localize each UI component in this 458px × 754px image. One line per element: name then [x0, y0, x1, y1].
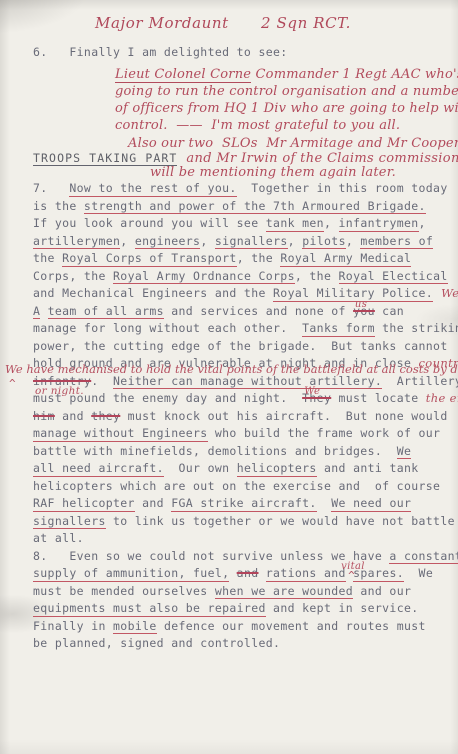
typed-text: 8. Even so we could not survive unless w… [33, 549, 389, 563]
typed-line: ^infantry. Neither can manage without ar… [33, 373, 458, 391]
handwritten-line: will be mentioning them again later. [150, 164, 458, 181]
typed-text [259, 566, 266, 580]
typed-line: Corps, the Royal Army Ordnance Corps, th… [33, 268, 458, 286]
typed-line: equipments must also be repaired and kep… [33, 600, 458, 618]
typed-text: , [324, 216, 339, 230]
scanned-document-page: Major Mordaunt 2 Sqn RCT.6. Finally I am… [0, 0, 458, 754]
typed-text: at all. [33, 531, 84, 545]
typed-text-red-underlined: Royal Corps of Transport [62, 251, 237, 267]
typed-text: 7. [33, 181, 69, 195]
handwritten-annotation-underlined: Lieut Colonel Corne [115, 67, 251, 83]
typed-text-red-underlined: supply of ammunition, fuel, [33, 566, 229, 582]
typed-text-red-underlined: helicopters [237, 461, 317, 477]
typed-line: and Mechanical Engineers and the Royal M… [33, 285, 458, 303]
typed-text-red-underlined: We [397, 444, 412, 460]
typed-text: Artillery [382, 374, 458, 388]
typed-line: the Royal Corps of Transport, the Royal … [33, 250, 458, 268]
typed-line: must pound the enemy day and night. They… [33, 390, 458, 408]
typed-line: 6. Finally I am delighted to see: [33, 44, 458, 62]
typed-line: 8. Even so we could not survive unless w… [33, 548, 458, 566]
typed-text-red-underlined: tank men [266, 216, 324, 232]
handwritten-annotation: We are [433, 286, 458, 300]
typed-text: , the [237, 251, 281, 265]
typed-text-red-underlined: a constant [389, 549, 458, 565]
typed-text-red-underlined: FGA strike aircraft. [171, 496, 316, 512]
typed-text-red-underlined: pilots [302, 234, 346, 250]
typed-text: Finally in [33, 619, 113, 633]
typed-text-red-underlined: rations and [266, 566, 346, 582]
typed-text-red-underlined: RAF helicopter [33, 496, 135, 512]
typed-text-red-underlined: Royal Electical [339, 269, 448, 285]
typed-text: , [288, 234, 303, 248]
typed-text: must locate [331, 391, 426, 405]
handwritten-annotation: of officers from HQ 1 Div who are going … [115, 101, 458, 116]
typed-text: , [419, 216, 426, 230]
typed-text-red-underlined: members of [360, 234, 433, 250]
typed-line: artillerymen, engineers, signallers, pil… [33, 233, 458, 251]
typed-text-red-underlined: signallers [215, 234, 288, 250]
typed-text-red-underlined: when we are wounded [215, 584, 353, 600]
handwritten-line: of officers from HQ 1 Div who are going … [115, 100, 458, 117]
typed-text: must be mended ourselves [33, 584, 215, 598]
typed-text-red-underlined: team of all arms [48, 304, 164, 320]
handwritten-annotation: Also our two SLOs Mr Armitage and Mr Coo… [128, 136, 458, 151]
typed-line: If you look around you will see tank men… [33, 215, 458, 233]
typed-text: power, the cutting edge of the brigade. … [33, 339, 448, 353]
typed-text: the striking [375, 321, 458, 335]
typed-text: can [375, 304, 404, 318]
typed-text-red-underlined: signallers [33, 514, 106, 530]
typed-text: , [200, 234, 215, 248]
typed-text-red-underlined: Tanks form [302, 321, 375, 337]
typed-text [317, 496, 332, 510]
typed-text-red-underlined: all need aircraft. [33, 461, 164, 477]
typed-text: and [135, 496, 171, 510]
typed-line: signallers to link us together or we wou… [33, 513, 458, 531]
typed-line: 7. Now to the rest of you. Together in t… [33, 180, 458, 198]
typed-line: is the strength and power of the 7th Arm… [33, 198, 458, 216]
typed-text-red-underlined: equipments must also be repaired [33, 601, 266, 617]
typed-text: is the [33, 199, 84, 213]
typed-text: defence our movement and routes must [157, 619, 426, 633]
typed-text-red-underlined: Neither can manage without artillery. [113, 374, 382, 390]
typed-text: to link us together or we would have not… [106, 514, 455, 528]
typed-text-red-underlined: spares. [353, 566, 404, 582]
typed-text-red-underlined: infantrymen [339, 216, 419, 232]
typed-text-red-struck: and [237, 566, 259, 580]
typed-text: Together in this room today [237, 181, 448, 195]
handwritten-line: control. —— I'm most grateful to you all… [115, 117, 458, 134]
typed-text: helicopters which are out on the exercis… [33, 479, 440, 493]
typed-text: , [120, 234, 135, 248]
typed-text: 6. Finally I am delighted to see: [33, 45, 288, 59]
typed-text-red-underlined: We need our [331, 496, 411, 512]
typed-line: battle with minefields, demolitions and … [33, 443, 458, 461]
typed-line: power, the cutting edge of the brigade. … [33, 338, 458, 356]
typed-text: must pound the enemy day and night. [33, 391, 302, 405]
typed-line: supply of ammunition, fuel, and rations … [33, 565, 458, 583]
typed-text: Our own [164, 461, 237, 475]
typed-text-red-underlined: Now to the rest of you. [69, 181, 236, 197]
typed-text: and [55, 409, 91, 423]
typed-text: the [33, 251, 62, 265]
typed-text: must knock out his aircraft. But none wo… [120, 409, 447, 423]
handwritten-line: Lieut Colonel Corne Commander 1 Regt AAC… [115, 66, 458, 83]
handwritten-annotation: Commander 1 Regt AAC who's [251, 67, 458, 82]
typed-text-red-underlined: mobile [113, 619, 157, 635]
handwritten-line: going to run the control organisation an… [115, 83, 458, 100]
typed-text: Corps, the [33, 269, 113, 283]
typed-line: manage without Engineers who build the f… [33, 425, 458, 443]
typed-text-red-struck: they [91, 409, 120, 423]
typed-text [229, 566, 236, 580]
typed-line: be planned, signed and controlled. [33, 635, 458, 653]
typed-text [40, 304, 47, 318]
typed-text: and Mechanical Engineers and the [33, 286, 273, 300]
typed-line: helicopters which are out on the exercis… [33, 478, 458, 496]
typed-text-red-underlined: Royal Military Police. [273, 286, 433, 302]
handwritten-annotation: will be mentioning them again later. [150, 165, 396, 180]
typed-line: RAF helicopter and FGA strike aircraft. … [33, 495, 458, 513]
typed-line: A team of all arms and services and none… [33, 303, 458, 321]
typed-text-red-underlined: engineers [135, 234, 200, 250]
handwritten-annotation: going to run the control organisation an… [115, 84, 458, 99]
typed-line: at all. [33, 530, 458, 548]
typed-text: We [404, 566, 433, 580]
typed-text: . [91, 374, 113, 388]
typed-text-red-underlined: Royal Army Medical [280, 251, 411, 267]
typed-text-red-underlined: artillerymen [33, 234, 120, 250]
handwritten-line: Major Mordaunt 2 Sqn RCT. [95, 12, 458, 34]
typed-text: and services and none of [164, 304, 353, 318]
typed-line: manage for long without each other. Tank… [33, 320, 458, 338]
typed-line: all need aircraft. Our own helicopters a… [33, 460, 458, 478]
typed-text: be planned, signed and controlled. [33, 636, 280, 650]
typed-text: If you look around you will see [33, 216, 266, 230]
document-body: Major Mordaunt 2 Sqn RCT.6. Finally I am… [0, 0, 458, 653]
typed-text: and kept in service. [266, 601, 419, 615]
typed-text: and our [353, 584, 411, 598]
typed-text-red-underlined: manage without Engineers [33, 426, 208, 442]
typed-text: , the [295, 269, 339, 283]
typed-text: who build the frame work of our [208, 426, 441, 440]
typed-text-red-underlined: Royal Army Ordnance Corps [113, 269, 295, 285]
typed-text: , [346, 234, 361, 248]
typed-line: him and they must knock out his aircraft… [33, 408, 458, 426]
typed-text-red-struck: him [33, 409, 55, 423]
typed-line: must be mended ourselves when we are wou… [33, 583, 458, 601]
handwritten-header: Major Mordaunt 2 Sqn RCT. [95, 14, 351, 32]
typed-text: manage for long without each other. [33, 321, 302, 335]
handwritten-annotation: control. —— I'm most grateful to you all… [115, 118, 400, 133]
typed-text-red-underlined: strength and power of the 7th Armoured B… [84, 199, 426, 215]
typed-text: and anti tank [317, 461, 419, 475]
handwritten-annotation: the enemy [426, 391, 458, 405]
typed-text: battle with minefields, demolitions and … [33, 444, 397, 458]
typed-line: Finally in mobile defence our movement a… [33, 618, 458, 636]
